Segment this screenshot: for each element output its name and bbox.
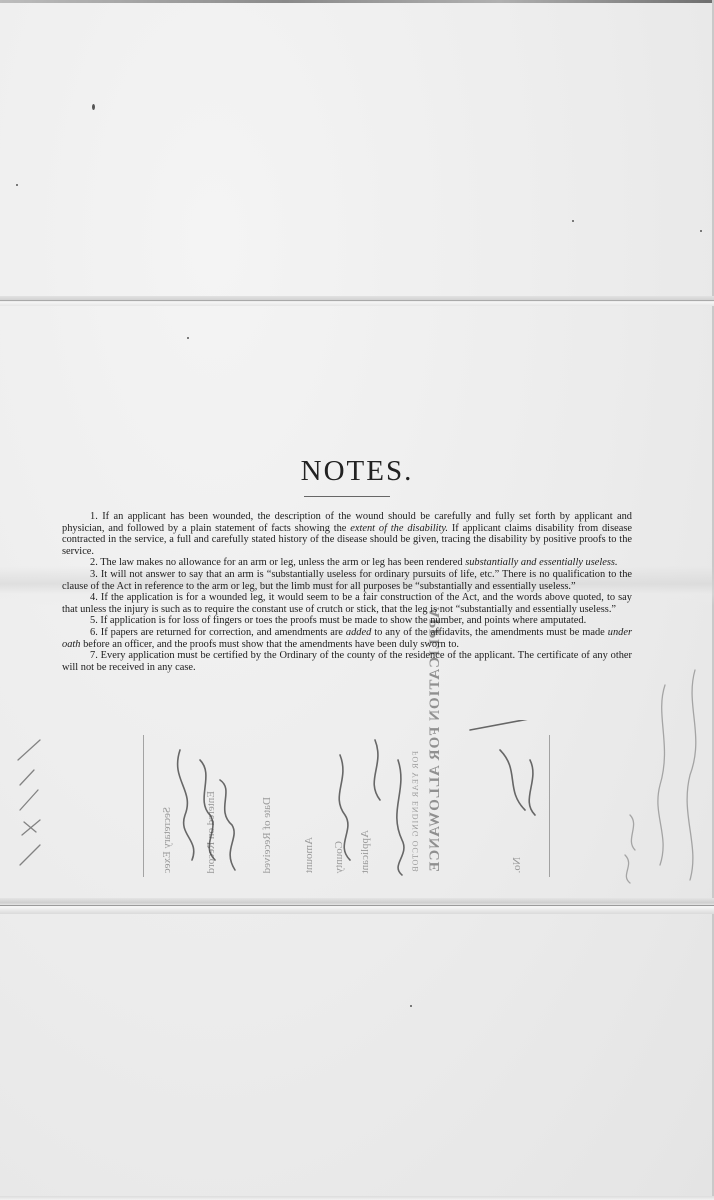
ink-speck [187, 337, 189, 339]
note-text: It will not answer to say that an arm is… [62, 569, 632, 592]
note-number: 3. [90, 569, 101, 580]
note-number: 4. [90, 592, 101, 603]
ink-speck [92, 104, 95, 110]
note-emphasis: added [346, 627, 371, 638]
notes-list: 1. If an applicant has been wounded, the… [62, 511, 632, 673]
fold-crease-upper [0, 296, 714, 306]
note-text: If the application is for a wounded leg,… [62, 592, 632, 615]
note-text: before an officer, and the proofs must s… [80, 639, 459, 650]
ink-speck [572, 220, 574, 222]
note-item: 6. If papers are returned for correction… [62, 627, 632, 650]
note-emphasis: substantially and essentially useless. [465, 557, 617, 568]
bleed-label: Amount [303, 837, 315, 873]
note-item: 3. It will not answer to say that an arm… [62, 569, 632, 592]
note-item: 1. If an applicant has been wounded, the… [62, 511, 632, 557]
handwriting-margin-left [10, 730, 50, 880]
bleed-label: Date of Received [261, 797, 273, 873]
note-emphasis: extent of the disability. [350, 523, 448, 534]
note-text: The law makes no allowance for an arm or… [100, 557, 465, 568]
note-item: 2. The law makes no allowance for an arm… [62, 557, 632, 569]
ink-speck [410, 1005, 412, 1007]
bleed-label: Entered on Record [205, 791, 217, 873]
ink-speck [700, 230, 702, 232]
document-page: Secretary Exec Entered on Record Date of… [0, 0, 714, 1200]
note-text: If papers are returned for correction, a… [101, 627, 346, 638]
paper-bottom-edge [0, 1196, 714, 1200]
note-item: 5. If application is for loss of fingers… [62, 615, 632, 627]
paper-top-edge [0, 0, 714, 3]
bleed-subtitle: FOR YEAR ENDING OCTOB [411, 751, 420, 873]
note-number: 6. [90, 627, 101, 638]
note-number: 7. [90, 650, 101, 661]
note-item: 7. Every application must be certified b… [62, 650, 632, 673]
bleed-label: County [333, 841, 345, 873]
handwriting-margin-right [610, 665, 710, 885]
note-text: If application is for loss of fingers or… [100, 615, 586, 626]
ink-speck [16, 184, 18, 186]
note-number: 1. [90, 511, 102, 522]
bleed-through-form: Secretary Exec Entered on Record Date of… [143, 735, 551, 877]
note-item: 4. If the application is for a wounded l… [62, 592, 632, 615]
bleed-label: Applicant [359, 830, 371, 873]
note-number: 5. [90, 615, 100, 626]
page-title: NOTES. [0, 455, 714, 488]
note-text: to any of the affidavits, the amendments… [371, 627, 607, 638]
note-number: 2. [90, 557, 100, 568]
note-text: Every application must be certified by t… [62, 650, 632, 673]
bleed-label: Secretary Exec [161, 807, 173, 873]
title-divider [304, 496, 390, 497]
bleed-number-label: No. [511, 857, 523, 873]
fold-crease-lower [0, 898, 714, 914]
